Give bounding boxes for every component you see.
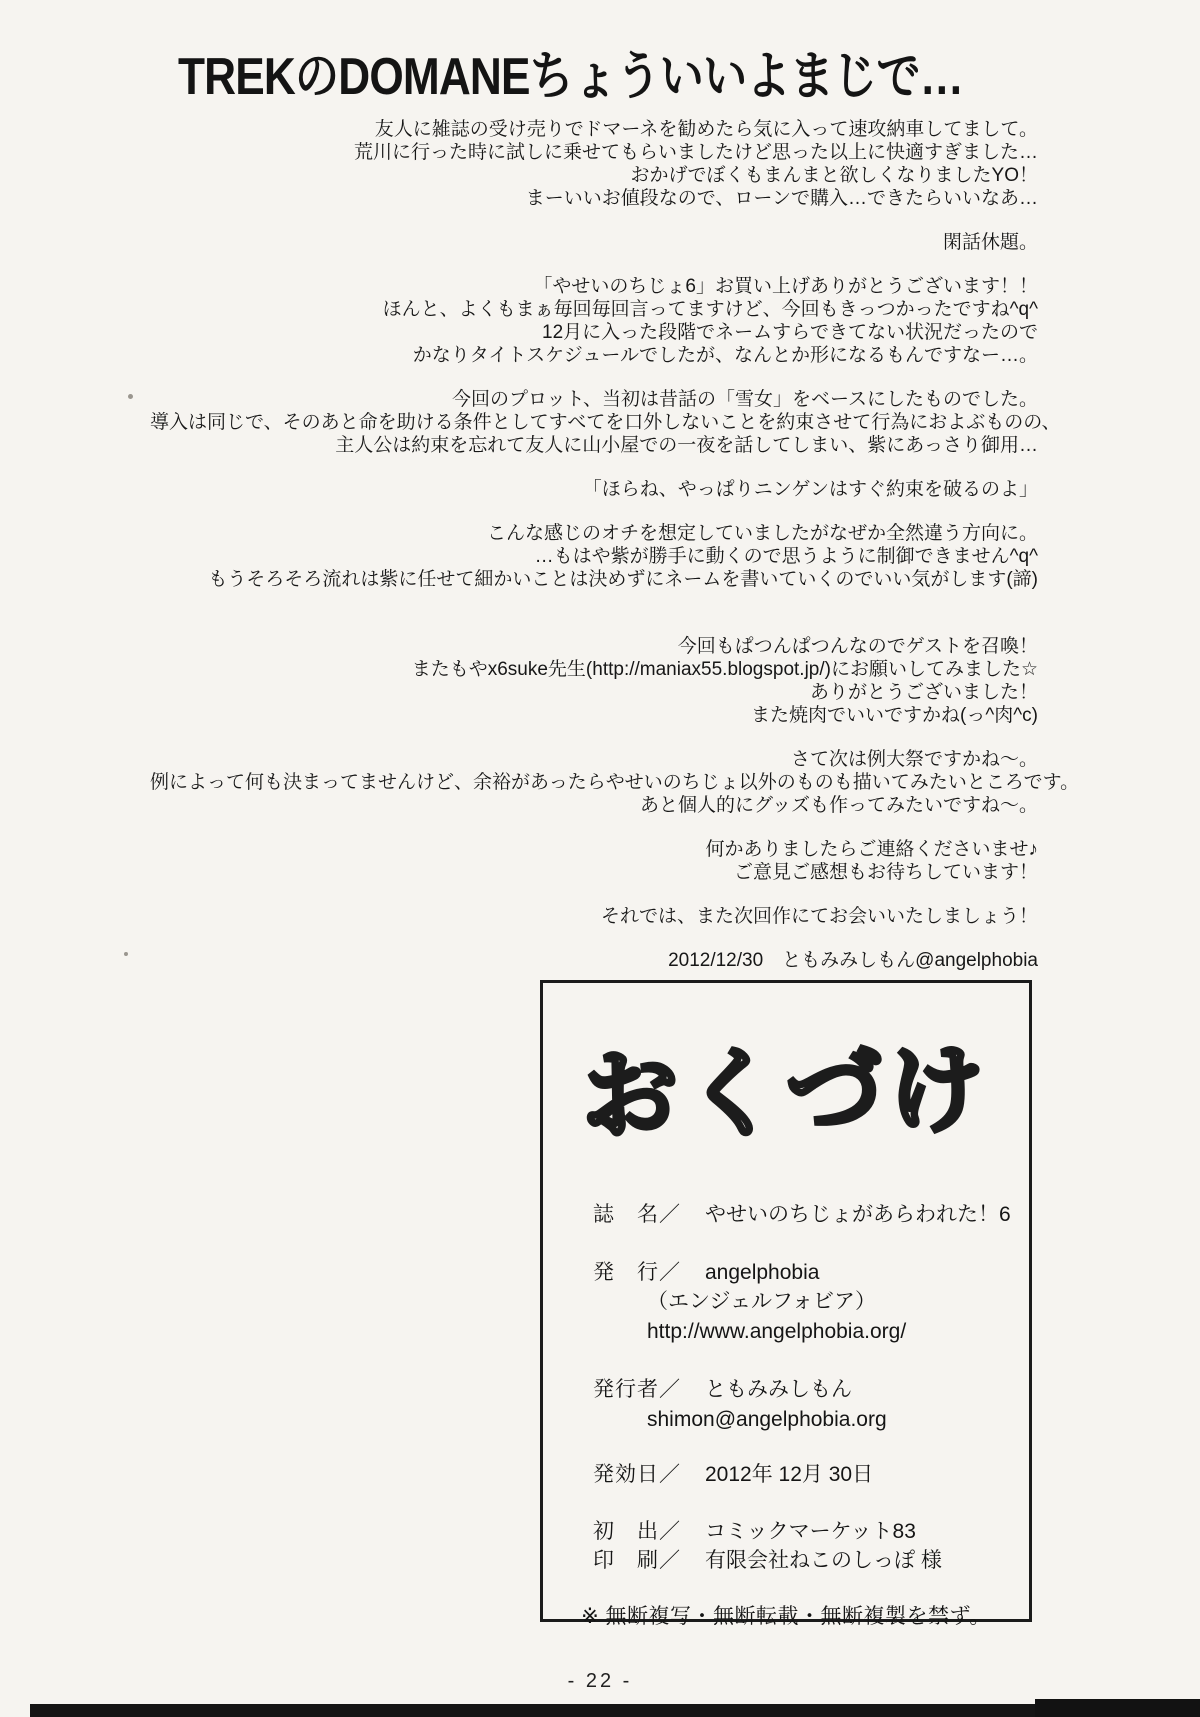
- text-line: ありがとうございました！: [150, 681, 1038, 704]
- text-line: 荒川に行った時に試しに乗せてもらいましたけど思った以上に快適すぎました…: [150, 141, 1038, 164]
- colophon-value: 有限会社ねこのしっぽ 様: [705, 1549, 942, 1572]
- colophon-label: 発行者／: [593, 1378, 681, 1401]
- colophon-value: やせいのちじょがあらわれた！6: [705, 1203, 1011, 1226]
- colophon-value: angelphobia: [705, 1261, 819, 1284]
- text-line: 今回もぱつんぱつんなのでゲストを召喚！: [150, 635, 1038, 658]
- colophon-row-publisher-url: http://www.angelphobia.org/: [543, 1321, 1029, 1343]
- text-line: ご意見ご感想もお待ちしています！: [150, 861, 1038, 884]
- colophon-row-author-email: shimon@angelphobia.org: [543, 1409, 1029, 1431]
- text-line: こんな感じのオチを想定していましたがなぜか全然違う方向に。: [150, 522, 1038, 545]
- colophon-label: 発 行／: [593, 1261, 681, 1284]
- scan-speck: [124, 952, 128, 956]
- colophon-row-date: 発効日／2012年 12月 30日: [543, 1464, 1029, 1486]
- text-line: 「ほらね、やっぱりニンゲンはすぐ約束を破るのよ」: [150, 478, 1038, 501]
- text-line: 友人に雑誌の受け売りでドマーネを勧めたら気に入って速攻納車してまして。: [150, 118, 1038, 141]
- afterword-text: 友人に雑誌の受け売りでドマーネを勧めたら気に入って速攻納車してまして。 荒川に行…: [150, 118, 1038, 993]
- colophon-row-publisher-kana: （エンジェルフォビア）: [543, 1291, 1029, 1313]
- text-line: もうそろそろ流れは紫に任せて細かいことは決めずにネームを書いていくのでいい気がし…: [150, 568, 1038, 591]
- colophon-row-printer: 印 刷／有限会社ねこのしっぽ 様: [543, 1550, 1029, 1572]
- scan-edge-bar: [30, 1704, 1200, 1717]
- colophon-email-text: shimon@angelphobia.org: [647, 1408, 887, 1431]
- text-line: 導入は同じで、そのあと命を助ける条件としてすべてを口外しないことを約束させて行為…: [150, 411, 1038, 434]
- text-line: また焼肉でいいですかね(っ^肉^c): [150, 704, 1038, 727]
- colophon-row-author: 発行者／ともみみしもん: [543, 1379, 1029, 1401]
- colophon-row-title: 誌 名／やせいのちじょがあらわれた！6: [543, 1204, 1029, 1226]
- colophon-value: （エンジェルフォビア）: [647, 1290, 876, 1313]
- text-line: 12月に入った段階でネームすらできてない状況だったので: [150, 321, 1038, 344]
- text-line: かなりタイトスケジュールでしたが、なんとか形になるもんですなー…。: [150, 344, 1038, 367]
- colophon-value: 2012年 12月 30日: [705, 1463, 873, 1486]
- colophon-label: 誌 名／: [593, 1203, 681, 1226]
- text-line: まーいいお値段なので、ローンで購入…できたらいいなあ…: [150, 187, 1038, 210]
- paragraph-block: 友人に雑誌の受け売りでドマーネを勧めたら気に入って速攻納車してまして。 荒川に行…: [150, 118, 1038, 210]
- text-line: 今回のプロット、当初は昔話の「雪女」をベースにしたものでした。: [150, 388, 1038, 411]
- colophon-row-first-appearance: 初 出／コミックマーケット83: [543, 1521, 1029, 1543]
- colophon-title: おくづけ: [542, 1013, 1030, 1158]
- paragraph-block: 「やせいのちじょ6」お買い上げありがとうございます！！ ほんと、よくもまぁ毎回毎…: [150, 275, 1038, 367]
- text-line: おかげでぼくもまんまと欲しくなりましたYO！: [150, 164, 1038, 187]
- colophon-row-publisher: 発 行／angelphobia: [543, 1262, 1029, 1284]
- paragraph-block: さて次は例大祭ですかね〜。 例によって何も決まってませんけど、余裕があったらやせ…: [150, 748, 1038, 817]
- text-line: …もはや紫が勝手に動くので思うように制御できません^q^: [150, 545, 1038, 568]
- text-line: 主人公は約束を忘れて友人に山小屋での一夜を話してしまい、紫にあっさり御用…: [150, 434, 1038, 457]
- paragraph-block: 閑話休題。: [150, 231, 1038, 254]
- paragraph-block: こんな感じのオチを想定していましたがなぜか全然違う方向に。 …もはや紫が勝手に動…: [150, 522, 1038, 591]
- page-number: - 22 -: [0, 1670, 1200, 1693]
- copyright-notice: ※ 無断複写・無断転載・無断複製を禁ず。: [543, 1600, 1029, 1630]
- colophon-value: ともみみしもん: [705, 1378, 852, 1401]
- colophon-url-text: http://www.angelphobia.org/: [647, 1320, 906, 1343]
- colophon-label: 印 刷／: [593, 1549, 681, 1572]
- text-line: 2012/12/30 ともみみしもん@angelphobia: [150, 949, 1038, 972]
- scan-edge-corner: [1035, 1699, 1200, 1717]
- paragraph-block: 「ほらね、やっぱりニンゲンはすぐ約束を破るのよ」: [150, 478, 1038, 501]
- text-line: またもやx6suke先生(http://maniax55.blogspot.jp…: [150, 658, 1038, 681]
- colophon-box: おくづけ 誌 名／やせいのちじょがあらわれた！6 発 行／angelphobia…: [540, 980, 1032, 1622]
- text-line: ほんと、よくもまぁ毎回毎回言ってますけど、今回もきっつかったですね^q^: [150, 298, 1038, 321]
- text-line: あと個人的にグッズも作ってみたいですね〜。: [150, 794, 1038, 817]
- colophon-value: コミックマーケット83: [705, 1520, 916, 1543]
- text-line: 例によって何も決まってませんけど、余裕があったらやせいのちじょ以外のものも描いて…: [150, 771, 1038, 794]
- scan-speck: [128, 394, 133, 399]
- text-line: さて次は例大祭ですかね〜。: [150, 748, 1038, 771]
- paragraph-block: それでは、また次回作にてお会いいたしましょう！: [150, 905, 1038, 928]
- paragraph-block: 何かありましたらご連絡くださいませ♪ ご意見ご感想もお待ちしています！: [150, 838, 1038, 884]
- colophon-label: 初 出／: [593, 1520, 681, 1543]
- paragraph-block: 今回もぱつんぱつんなのでゲストを召喚！ またもやx6suke先生(http://…: [150, 635, 1038, 727]
- text-line: 閑話休題。: [150, 231, 1038, 254]
- page-title: TREKのDOMANEちょういいよまじで…: [178, 34, 963, 109]
- scan-page: TREKのDOMANEちょういいよまじで… 友人に雑誌の受け売りでドマーネを勧め…: [0, 0, 1200, 1717]
- signature-line: 2012/12/30 ともみみしもん@angelphobia: [150, 949, 1038, 972]
- colophon-label: 発効日／: [593, 1463, 681, 1486]
- text-line: それでは、また次回作にてお会いいたしましょう！: [150, 905, 1038, 928]
- text-line: 何かありましたらご連絡くださいませ♪: [150, 838, 1038, 861]
- text-line: 「やせいのちじょ6」お買い上げありがとうございます！！: [150, 275, 1038, 298]
- paragraph-block: 今回のプロット、当初は昔話の「雪女」をベースにしたものでした。 導入は同じで、そ…: [150, 388, 1038, 457]
